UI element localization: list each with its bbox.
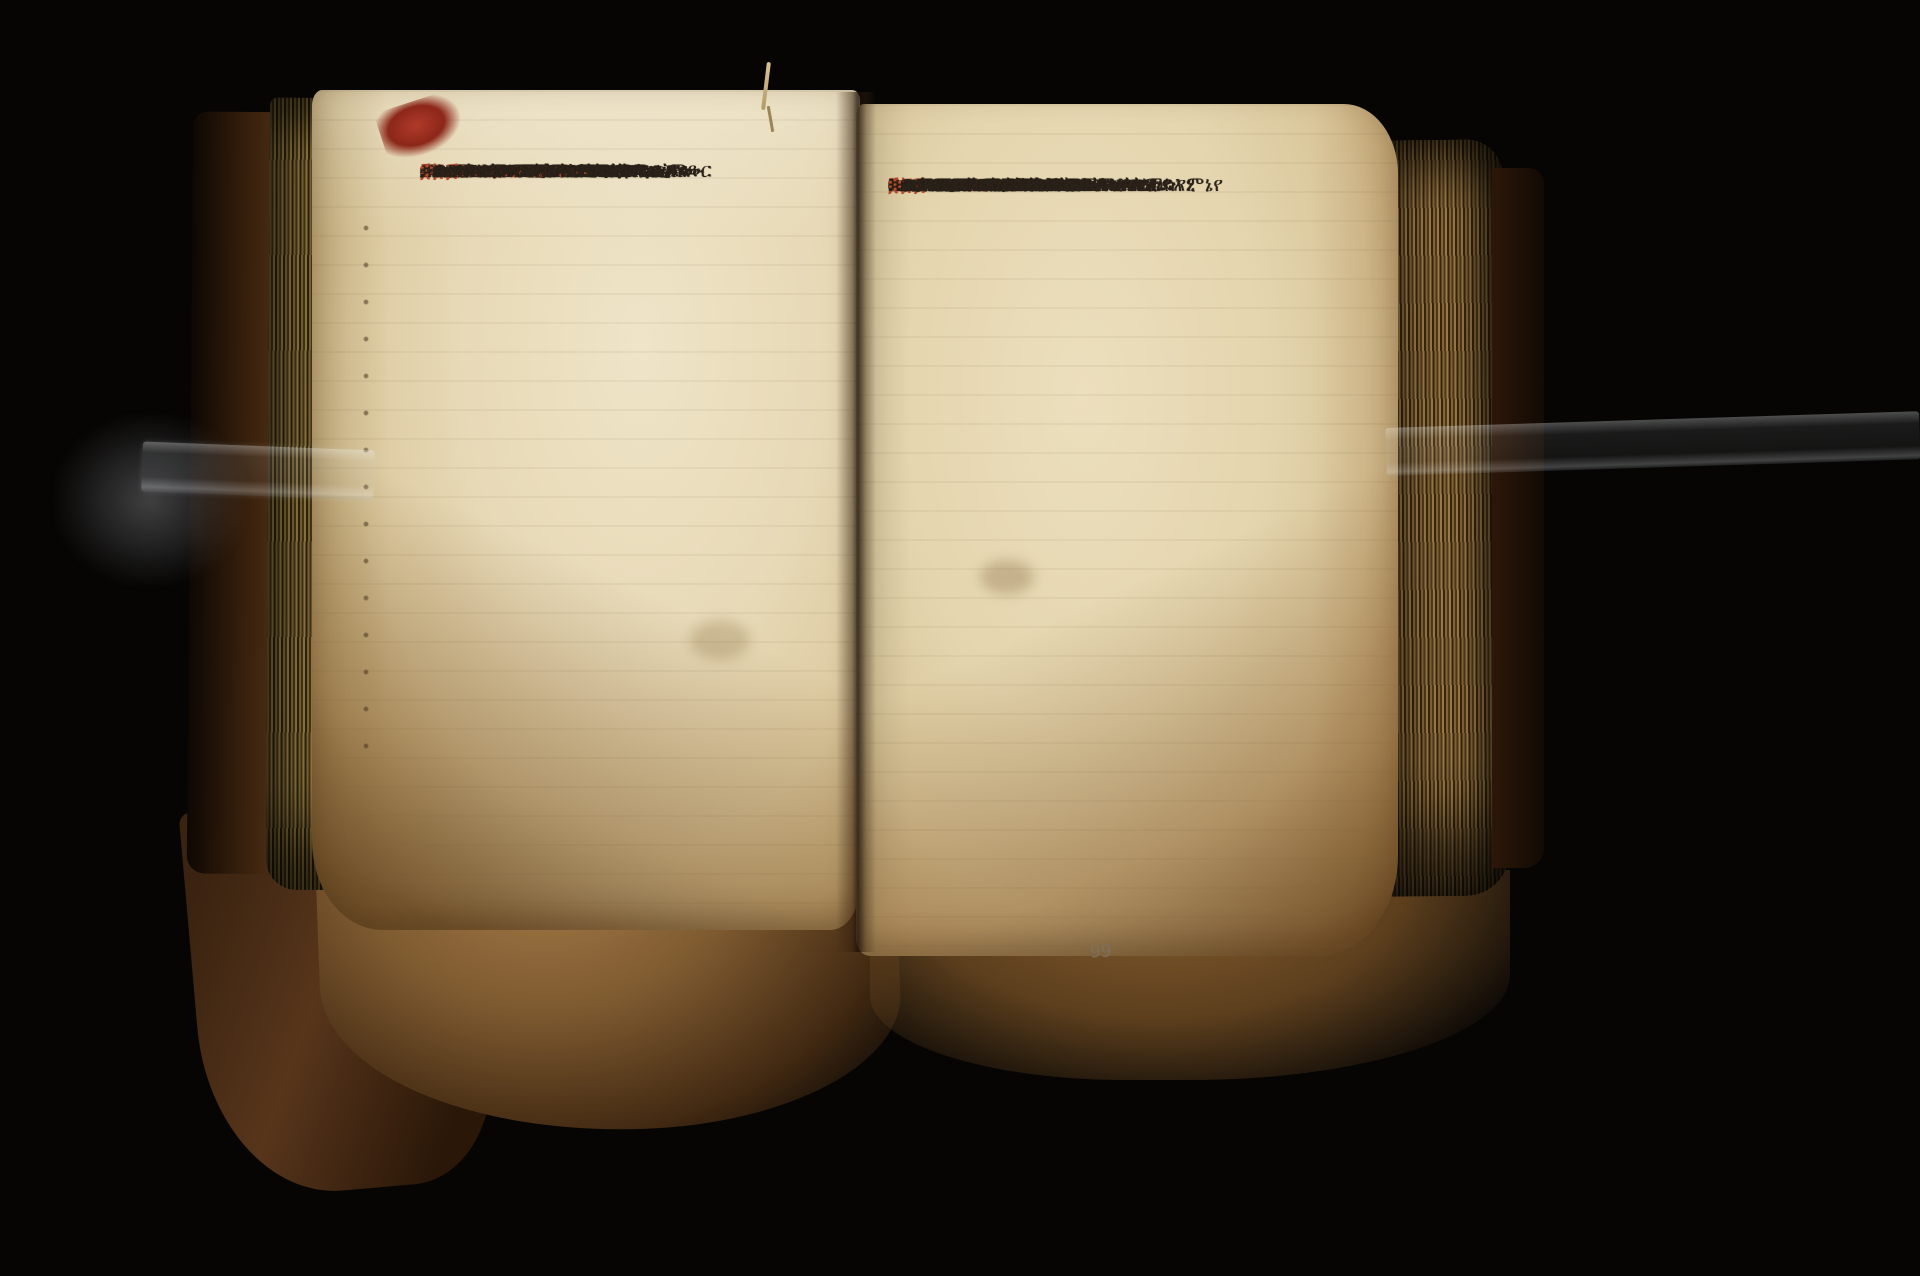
left-page: [312, 90, 860, 930]
parchment-ruling: [856, 104, 1398, 956]
book-right-cover: [1492, 168, 1544, 868]
stain: [690, 620, 750, 660]
rubric-segment: ፨: [888, 170, 903, 199]
text-segment: ወወሀበኒ፡እመካነ፡እጓዝየ: [420, 156, 527, 185]
book-gutter-shadow: [836, 92, 876, 952]
support-cloth: [55, 415, 245, 585]
text-segment: ወኢትሚጥ፡ገጸከ፡እምኔየ: [888, 170, 1063, 199]
pencil-page-number: 99: [1090, 942, 1112, 963]
photo-canvas: ለአመክየ፡ምክንያት፡ለኃጢአት፨ምስለ፡ሰብእ፡ገበርተ፡ዓመፃ፨ወኢይትኃ…: [0, 0, 1920, 1276]
right-page: [856, 104, 1398, 956]
parchment-ruling: [312, 90, 860, 930]
stain: [980, 560, 1034, 594]
acrylic-cradle-strip-left: [141, 442, 375, 501]
